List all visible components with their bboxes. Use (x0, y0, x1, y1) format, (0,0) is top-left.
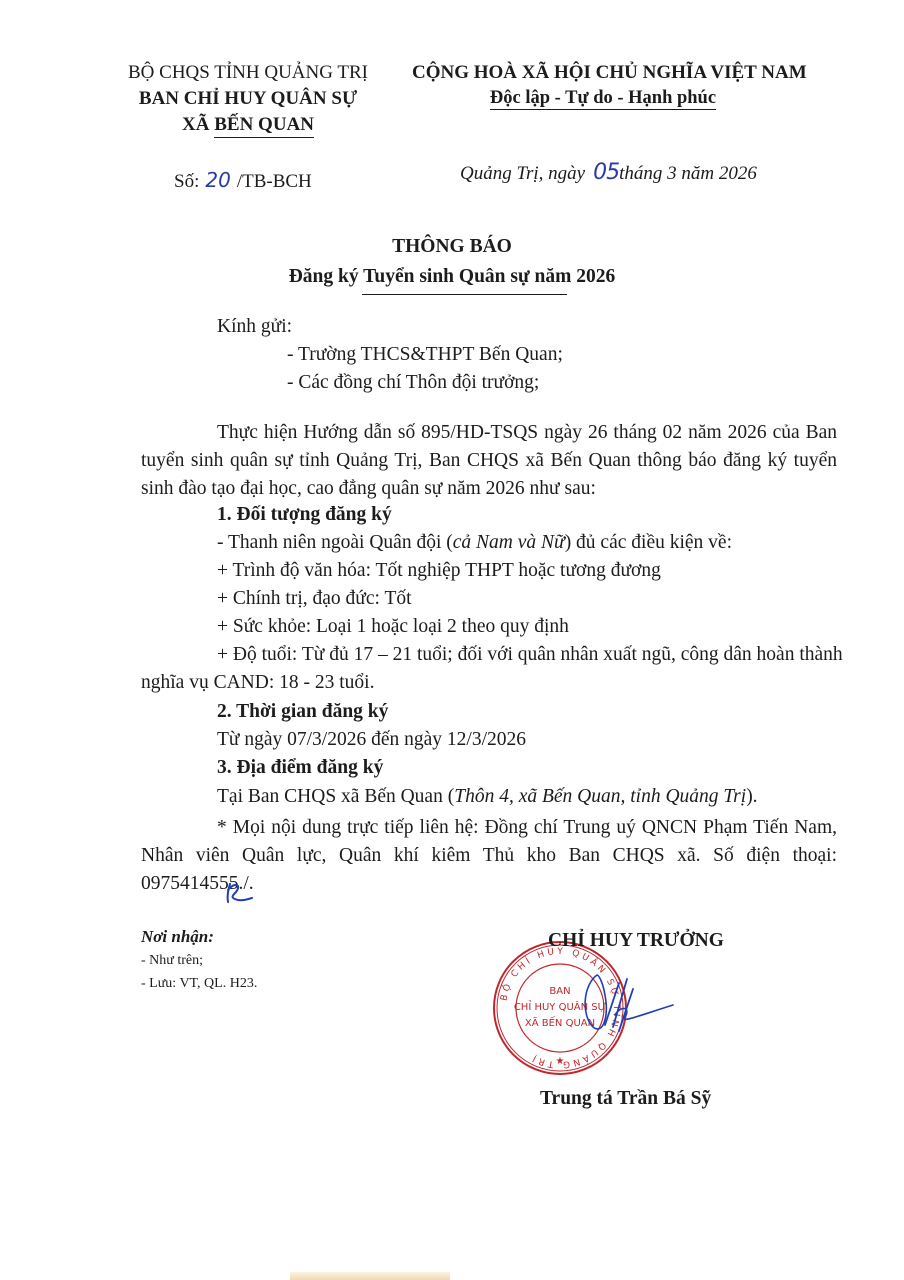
section-1-heading: 1. Đối tượng đăng ký (217, 504, 392, 526)
issuing-agency-commune: XÃ BẾN QUAN (112, 114, 384, 136)
commune-prefix: XÃ (182, 114, 214, 135)
stamp-center-line: BAN (549, 986, 570, 997)
intro-paragraph: Thực hiện Hướng dẫn số 895/HD-TSQS ngày … (141, 419, 837, 503)
criteria-item: + Chính trị, đạo đức: Tốt (217, 588, 412, 610)
number-handwritten: 20 (205, 168, 230, 192)
date-suffix: tháng 3 năm 2026 (619, 163, 757, 184)
page-edge-stain (290, 1272, 450, 1280)
date-prefix: Quảng Trị, ngày (460, 163, 585, 184)
criteria-age: + Độ tuổi: Từ đủ 17 – 21 tuổi; đối với q… (217, 644, 843, 666)
stamp-star-icon: ★ (556, 1056, 565, 1067)
eligibility-line: - Thanh niên ngoài Quân đội (cả Nam và N… (217, 532, 732, 554)
number-label: Số: (174, 171, 199, 192)
issuing-agency-parent: BỘ CHQS TỈNH QUẢNG TRỊ (112, 62, 384, 84)
recipient-item: - Trường THCS&THPT Bến Quan; (287, 344, 563, 366)
section-3-heading: 3. Địa điểm đăng ký (217, 757, 383, 779)
motto-text: Độc lập - Tự do - Hạnh phúc (490, 88, 716, 110)
location-address: Thôn 4, xã Bến Quan, tỉnh Quảng Trị (454, 786, 746, 807)
national-title: CỘNG HOÀ XÃ HỘI CHỦ NGHĨA VIỆT NAM (412, 62, 794, 84)
document-title: THÔNG BÁO (0, 236, 904, 258)
signer-name: Trung tá Trần Bá Sỹ (540, 1088, 711, 1110)
handwritten-signature-icon (575, 965, 675, 1045)
date-day-handwritten: 05 (593, 160, 619, 185)
recipient-bottom-item: - Như trên; (141, 953, 203, 969)
recipients-label: Nơi nhận: (141, 927, 214, 947)
title-divider (362, 294, 567, 295)
criteria-item: + Sức khỏe: Loại 1 hoặc loại 2 theo quy … (217, 616, 569, 638)
salutation: Kính gửi: (217, 316, 292, 338)
national-motto: Độc lập - Tự do - Hạnh phúc (412, 88, 794, 109)
document-date: Quảng Trị, ngày05tháng 3 năm 2026 (460, 160, 757, 185)
location-text: Tại Ban CHQS xã Bến Quan ( (217, 786, 454, 807)
recipient-bottom-item: - Lưu: VT, QL. H23. (141, 976, 257, 992)
registration-location: Tại Ban CHQS xã Bến Quan (Thôn 4, xã Bến… (217, 786, 758, 808)
section-2-heading: 2. Thời gian đăng ký (217, 701, 388, 723)
eligibility-gender: cả Nam và Nữ (453, 532, 565, 553)
signer-title: CHỈ HUY TRƯỞNG (548, 930, 724, 952)
handwritten-initial-icon (224, 880, 254, 906)
criteria-age-cont: nghĩa vụ CAND: 18 - 23 tuổi. (141, 672, 374, 694)
document-subtitle: Đăng ký Tuyển sinh Quân sự năm 2026 (0, 266, 904, 288)
recipient-item: - Các đồng chí Thôn đội trưởng; (287, 372, 539, 394)
eligibility-text: - Thanh niên ngoài Quân đội ( (217, 532, 453, 553)
location-text-end: ). (746, 786, 757, 807)
document-number: Số:20/TB-BCH (174, 168, 312, 193)
criteria-item: + Trình độ văn hóa: Tốt nghiệp THPT hoặc… (217, 560, 661, 582)
issuing-agency: BAN CHỈ HUY QUÂN SỰ (112, 88, 384, 110)
registration-period: Từ ngày 07/3/2026 đến ngày 12/3/2026 (217, 729, 526, 751)
eligibility-text-end: ) đủ các điều kiện về: (565, 532, 732, 553)
commune-name: BẾN QUAN (214, 114, 314, 138)
number-suffix: /TB-BCH (237, 171, 312, 192)
